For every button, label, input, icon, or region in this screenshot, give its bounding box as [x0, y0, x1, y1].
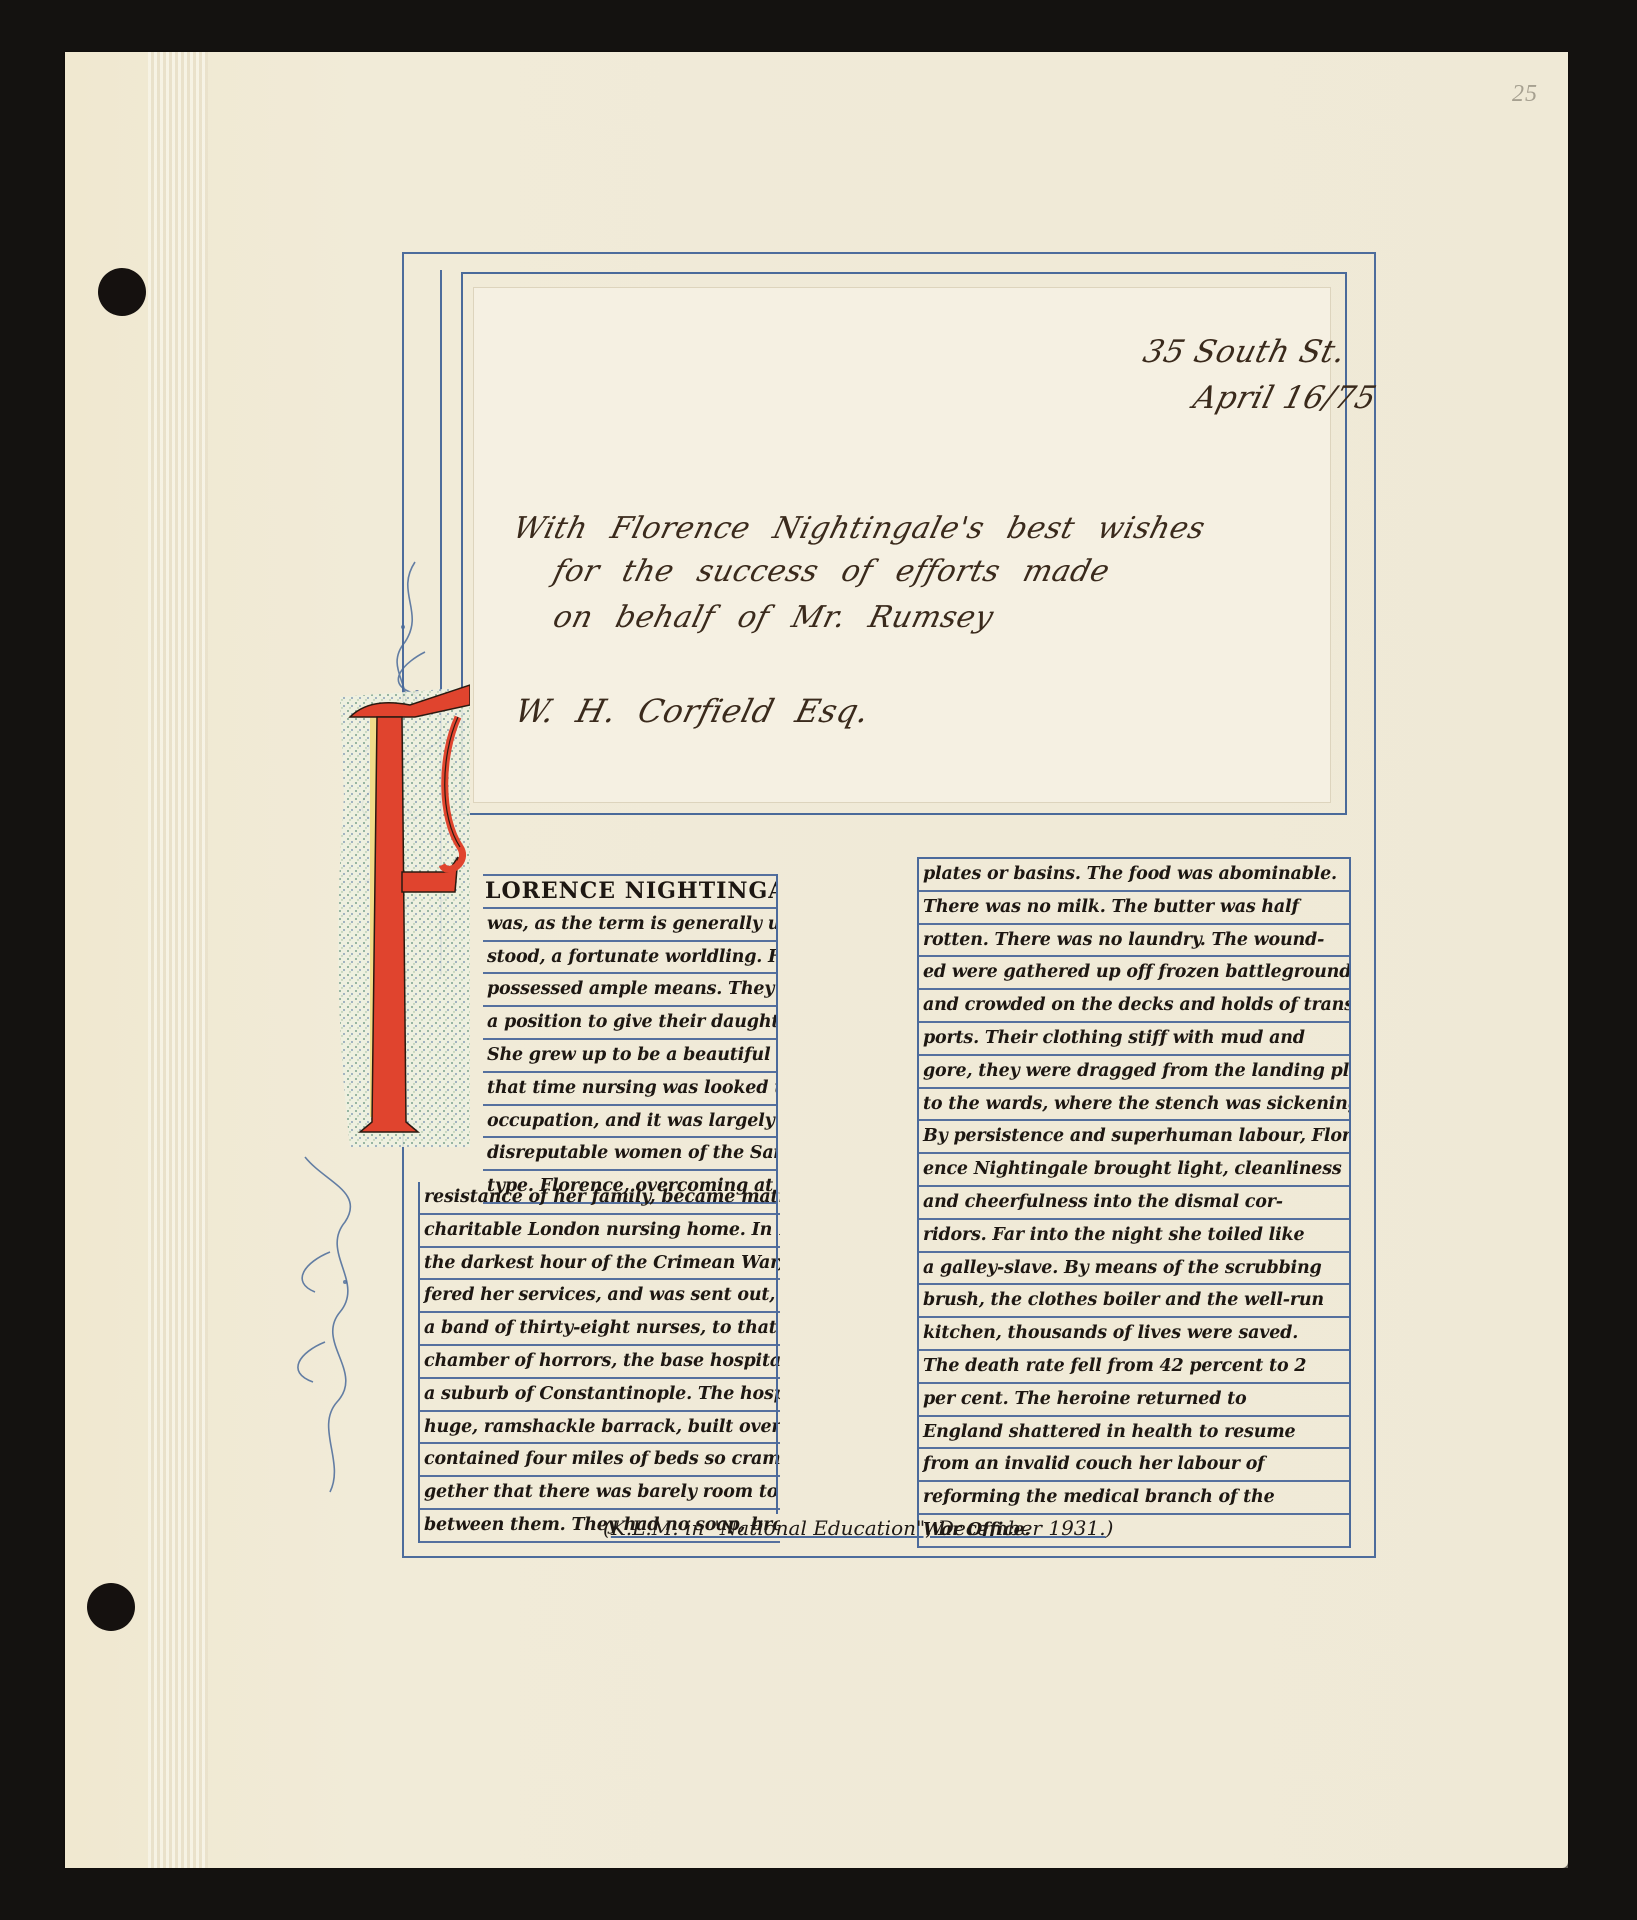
text-line: rotten. There was no laundry. The wound- [919, 925, 1349, 958]
text-line: By persistence and superhuman labour, Fl… [919, 1121, 1349, 1154]
punch-hole-bottom [87, 1583, 135, 1631]
binding-ribs [148, 52, 208, 1868]
text-line: gether that there was barely room to pas… [420, 1477, 780, 1510]
text-line: possessed ample means. They were in [483, 974, 778, 1007]
letter-addressee: W. H. Corfield Esq. [511, 692, 873, 730]
letter-address: 35 South St. [1140, 334, 1350, 370]
text-line: England shattered in health to resume [919, 1417, 1349, 1450]
text-line: contained four miles of beds so crammed … [420, 1444, 780, 1477]
text-line: from an invalid couch her labour of [919, 1449, 1349, 1482]
citation: (K.L.M. in "National Education", Decembe… [603, 1516, 1113, 1540]
handwritten-letter: 35 South St. April 16/75 With Florence N… [473, 287, 1331, 803]
article-left-column: LORENCE NIGHTINGALE was, as the term is … [483, 874, 778, 1204]
text-line: fered her services, and was sent out, at… [420, 1280, 780, 1313]
left-column-right-rule [776, 874, 778, 1514]
letter-message-line: for the success of efforts made [550, 554, 1114, 589]
text-line: stood, a fortunate worldling. Her people [483, 942, 778, 975]
text-line: the darkest hour of the Crimean War, she… [420, 1248, 780, 1281]
text-line: a galley-slave. By means of the scrubbin… [919, 1253, 1349, 1286]
text-line: a suburb of Constantinople. The hospital… [420, 1379, 780, 1412]
text-line: The death rate fell from 42 percent to 2 [919, 1351, 1349, 1384]
text-line: brush, the clothes boiler and the well-r… [919, 1285, 1349, 1318]
article-right-column: plates or basins. The food was abominabl… [917, 857, 1351, 1548]
text-line: charitable London nursing home. In 1854,… [420, 1215, 780, 1248]
text-line: and crowded on the decks and holds of tr… [919, 990, 1349, 1023]
letter-date: April 16/75 [1190, 380, 1381, 416]
text-line: was, as the term is generally under- [483, 909, 778, 942]
album-page: 25 35 South St. April 16/75 With Florenc… [65, 52, 1568, 1868]
text-line: ridors. Far into the night she toiled li… [919, 1220, 1349, 1253]
text-line: to the wards, where the stench was sicke… [919, 1089, 1349, 1122]
text-line: a position to give their daughter everyt… [483, 1007, 778, 1040]
text-line: reforming the medical branch of the [919, 1482, 1349, 1515]
punch-hole-top [98, 268, 146, 316]
text-line: ed were gathered up off frozen battlegro… [919, 957, 1349, 990]
text-line: a band of thirty-eight nurses, to that a… [420, 1313, 780, 1346]
text-line: There was no milk. The butter was half [919, 892, 1349, 925]
text-line: chamber of horrors, the base hospital at… [420, 1346, 780, 1379]
text-line: disreputable women of the Sairey Gamp [483, 1138, 778, 1171]
text-line: and cheerfulness into the dismal cor- [919, 1187, 1349, 1220]
citation-text: K.L.M. in "National Education", December… [611, 1516, 1106, 1540]
text-line: gore, they were dragged from the landing… [919, 1056, 1349, 1089]
text-line: huge, ramshackle barrack, built over a s… [420, 1412, 780, 1445]
heading-text: LORENCE NIGHTINGALE [485, 878, 778, 904]
article-heading: LORENCE NIGHTINGALE [483, 874, 778, 909]
text-line: occupation, and it was largely in the ha… [483, 1106, 778, 1139]
text-line: that time nursing was looked upon as a m… [483, 1073, 778, 1106]
text-line: kitchen, thousands of lives were saved. [919, 1318, 1349, 1351]
text-line: ports. Their clothing stiff with mud and [919, 1023, 1349, 1056]
article-left-column-lower: resistance of her family, became matron … [418, 1182, 780, 1543]
text-line: plates or basins. The food was abominabl… [919, 859, 1349, 892]
text-line: She grew up to be a beautiful woman. At [483, 1040, 778, 1073]
text-line: per cent. The heroine returned to [919, 1384, 1349, 1417]
page-number: 25 [1512, 81, 1538, 108]
illuminated-initial-f-icon [330, 677, 470, 1157]
letter-message-line: With Florence Nightingale's best wishes [510, 511, 1209, 546]
text-line: resistance of her family, became matron … [420, 1182, 780, 1215]
letter-message-line: on behalf of Mr. Rumsey [550, 600, 998, 635]
text-line: ence Nightingale brought light, cleanlin… [919, 1154, 1349, 1187]
